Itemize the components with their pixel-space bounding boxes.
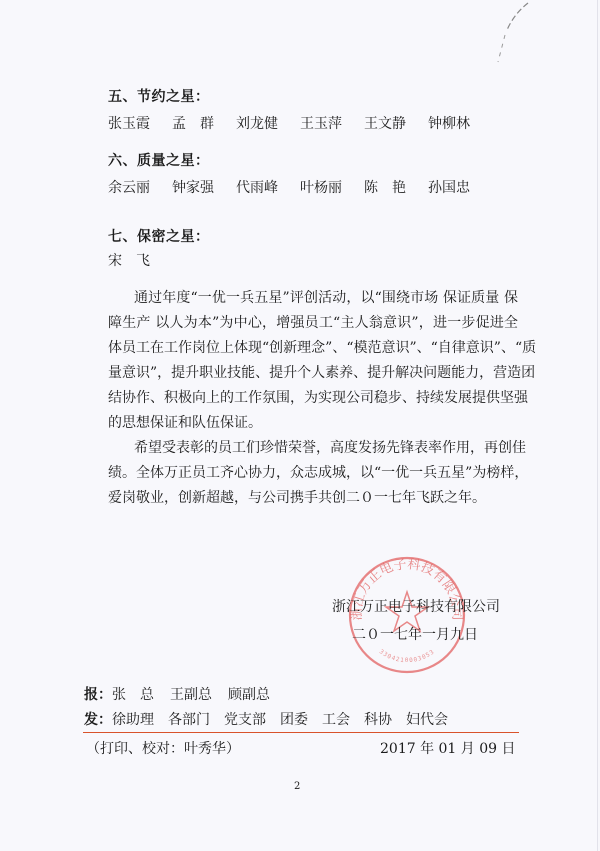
recipient: 党支部 — [224, 709, 266, 729]
footer-distribute-to: 发： 徐助理 各部门 党支部 团委 工会 科协 妇代会 — [84, 709, 448, 729]
recipient: 各部门 — [168, 709, 210, 729]
signature-date: 二０一七年一月九日 — [352, 624, 478, 644]
body-paragraph-activity-summary: 通过年度“一优一兵五星”评创活动，以“围绕市场 保证质量 保 障生产 以人为本”… — [108, 286, 518, 436]
name-entry: 叶杨丽 — [300, 177, 364, 197]
section-heading-quality-star: 六、质量之星： — [108, 150, 210, 170]
name-entry: 宋 飞 — [108, 250, 150, 270]
document-page: 五、节约之星： 张玉霞 孟 群 刘龙健 王玉萍 王文静 钟柳林 六、质量之星： … — [0, 0, 598, 851]
name-entry: 陈 艳 — [364, 177, 428, 197]
footer-proofreader: （打印、校对：叶秀华） — [86, 738, 240, 758]
paragraph-line: 结协作、积极向上的工作氛围，为实现公司稳步、持续发展提供坚强 — [108, 386, 518, 411]
paragraph-line: 绩。全体万正员工齐心协力，众志成城，以“一优一兵五星”为榜样， — [108, 461, 518, 486]
name-list-frugality-star: 张玉霞 孟 群 刘龙健 王玉萍 王文静 钟柳林 — [108, 113, 492, 133]
recipient: 妇代会 — [406, 709, 448, 729]
paragraph-line: 通过年度“一优一兵五星”评创活动，以“围绕市场 保证质量 保 — [108, 286, 518, 311]
report-label: 报： — [84, 684, 112, 704]
section-heading-frugality-star: 五、节约之星： — [108, 86, 210, 106]
svg-text:3304210003053: 3304210003053 — [378, 648, 436, 664]
name-entry: 代雨峰 — [236, 177, 300, 197]
name-entry: 钟柳林 — [428, 113, 492, 133]
name-entry: 孙国忠 — [428, 177, 492, 197]
name-entry: 王文静 — [364, 113, 428, 133]
signature-company-name: 浙江万正电子科技有限公司 — [332, 596, 500, 616]
page-number: 2 — [294, 781, 300, 792]
name-entry: 刘龙健 — [236, 113, 300, 133]
name-entry: 钟家强 — [172, 177, 236, 197]
recipient: 团委 — [280, 709, 308, 729]
recipient: 顾副总 — [228, 684, 270, 704]
name-list-confidentiality-star: 宋 飞 — [108, 250, 150, 270]
footer-report-to: 报： 张 总 王副总 顾副总 — [84, 684, 270, 704]
name-list-quality-star: 余云丽 钟家强 代雨峰 叶杨丽 陈 艳 孙国忠 — [108, 177, 492, 197]
name-entry: 孟 群 — [172, 113, 236, 133]
name-entry: 张玉霞 — [108, 113, 172, 133]
name-entry: 王玉萍 — [300, 113, 364, 133]
recipient: 徐助理 — [112, 709, 154, 729]
paragraph-line: 障生产 以人为本”为中心，增强员工“主人翁意识”，进一步促进全 — [108, 311, 518, 336]
paragraph-line: 的思想保证和队伍保证。 — [108, 411, 518, 436]
recipient: 工会 — [322, 709, 350, 729]
name-entry: 余云丽 — [108, 177, 172, 197]
paragraph-line: 量意识”，提升职业技能、提升个人素养、提升解决问题能力，营造团 — [108, 361, 518, 386]
paragraph-line: 体员工在工作岗位上体现“创新理念”、“模范意识”、“自律意识”、“质 — [108, 336, 518, 361]
paragraph-line: 希望受表彰的员工们珍惜荣誉，高度发扬先锋表率作用，再创佳 — [108, 436, 518, 461]
recipient: 张 总 — [112, 684, 154, 704]
scan-scratch-mark — [490, 0, 550, 70]
paragraph-line: 爱岗敬业，创新超越，与公司携手共创二０一七年飞跃之年。 — [108, 486, 518, 511]
footer-issue-date: 2017 年 01 月 09 日 — [380, 738, 516, 758]
footer-divider-rule — [83, 732, 519, 733]
distribute-label: 发： — [84, 709, 112, 729]
body-paragraph-closing-encouragement: 希望受表彰的员工们珍惜荣誉，高度发扬先锋表率作用，再创佳 绩。全体万正员工齐心协… — [108, 436, 518, 511]
section-heading-confidentiality-star: 七、保密之星： — [108, 226, 210, 246]
recipient: 科协 — [364, 709, 392, 729]
recipient: 王副总 — [170, 684, 212, 704]
